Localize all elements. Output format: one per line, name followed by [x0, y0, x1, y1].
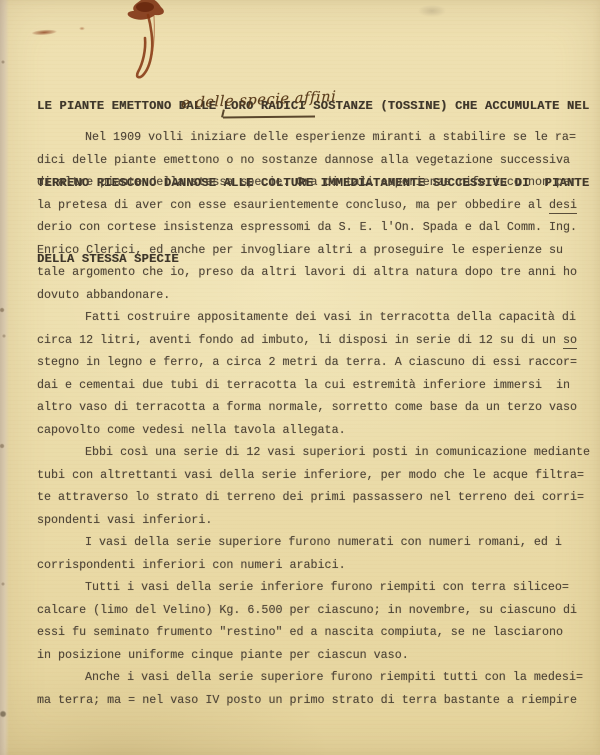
- body-line: Fatti costruire appositamente dei vasi i…: [37, 306, 597, 329]
- body-line: tale argomento che io, preso da altri la…: [37, 261, 597, 284]
- typewritten-page: LE PIANTE EMETTONO DALLE LORO RADICI SOS…: [0, 0, 600, 755]
- paragraph: I vasi della serie superiore furono nume…: [37, 531, 597, 576]
- body-line: te attraverso lo strato di terreno dei p…: [37, 486, 597, 509]
- underline-mark: so: [563, 333, 577, 349]
- ink-smudge: [32, 27, 68, 37]
- body-line: Tutti i vasi della serie inferiore furon…: [37, 576, 597, 599]
- line-text: circa 12 litri, aventi fondo ad imbuto, …: [37, 333, 563, 347]
- underline-mark: desi: [549, 198, 577, 214]
- body-line: Enrico Clerici, ed anche per invogliare …: [37, 239, 597, 262]
- body-line: spondenti vasi inferiori.: [37, 509, 597, 532]
- body-line: calcare (limo del Velino) Kg. 6.500 per …: [37, 599, 597, 622]
- body-line: capovolto come vedesi nella tavola alleg…: [37, 419, 597, 442]
- body-line: corrispondenti inferiori con numeri arab…: [37, 554, 597, 577]
- body-line: I vasi della serie superiore furono nume…: [37, 531, 597, 554]
- paragraph: Anche i vasi della serie superiore furon…: [37, 666, 597, 711]
- body-line: ma terra; ma = nel vaso IV posto un prim…: [37, 689, 597, 712]
- body-line: essi fu seminato frumento "restino" ed a…: [37, 621, 597, 644]
- document-body: Nel 1909 volli iniziare delle esperienze…: [37, 126, 597, 711]
- line-text: la pretesa di aver con esse esaurienteme…: [37, 198, 549, 212]
- body-line: in posizione uniforme cinque piante per …: [37, 644, 597, 667]
- body-line: circa 12 litri, aventi fondo ad imbuto, …: [37, 329, 597, 352]
- body-line: Ebbi così una serie di 12 vasi superiori…: [37, 441, 597, 464]
- body-line: derio con cortese insistenza espressomi …: [37, 216, 597, 239]
- body-line: Anche i vasi della serie superiore furon…: [37, 666, 597, 689]
- ink-smudge: [78, 26, 86, 31]
- body-line: altro vaso di terracotta a forma normale…: [37, 396, 597, 419]
- body-line: dovuto abbandonare.: [37, 284, 597, 307]
- body-line: Nel 1909 volli iniziare delle esperienze…: [37, 126, 597, 149]
- paragraph: Nel 1909 volli iniziare delle esperienze…: [37, 126, 597, 306]
- gray-smudge: [413, 2, 451, 20]
- body-line: la pretesa di aver con esse esaurienteme…: [37, 194, 597, 217]
- page-edge: [0, 0, 9, 755]
- body-line: dici delle piante emettono o no sostanze…: [37, 149, 597, 172]
- body-line: di altre piante della stessa specie. Ora…: [37, 171, 597, 194]
- paragraph: Ebbi così una serie di 12 vasi superiori…: [37, 441, 597, 531]
- paragraph: Fatti costruire appositamente dei vasi i…: [37, 306, 597, 441]
- paragraph: Tutti i vasi della serie inferiore furon…: [37, 576, 597, 666]
- body-line: stegno in legno e ferro, a circa 2 metri…: [37, 351, 597, 374]
- body-line: tubi con altrettanti vasi della serie in…: [37, 464, 597, 487]
- body-line: dai e cementai due tubi di terracotta la…: [37, 374, 597, 397]
